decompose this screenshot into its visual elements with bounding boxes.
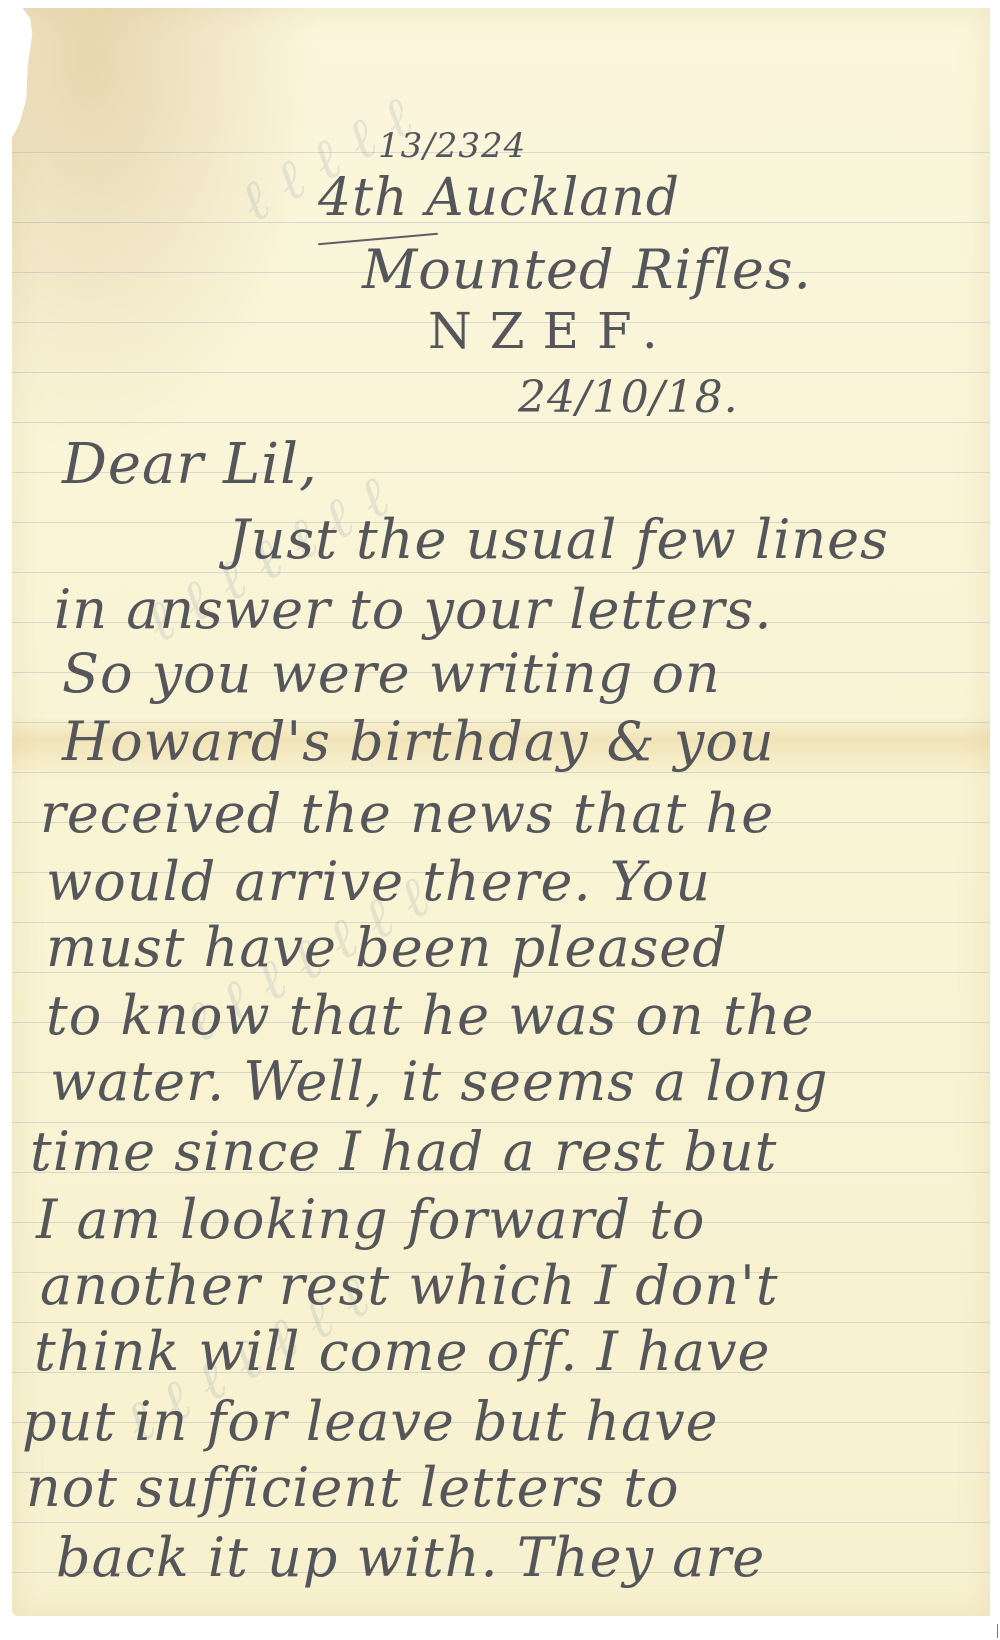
letter-date: 24/10/18. bbox=[518, 372, 739, 423]
torn-corner bbox=[12, 8, 38, 138]
ruled-line bbox=[12, 1522, 990, 1523]
body-line: back it up with. They are bbox=[56, 1526, 765, 1589]
body-line: another rest which I don't bbox=[40, 1254, 779, 1317]
scan-edge-mark bbox=[997, 1624, 998, 1638]
reference-number: 13/2324 bbox=[378, 126, 526, 166]
body-line: not sufficient letters to bbox=[26, 1456, 680, 1519]
body-line: received the news that he bbox=[40, 782, 774, 845]
body-line: to know that he was on the bbox=[46, 984, 814, 1047]
body-line: put in for leave but have bbox=[22, 1390, 719, 1453]
body-line: would arrive there. You bbox=[46, 850, 711, 913]
body-line: must have been pleased bbox=[46, 916, 728, 979]
letterhead-unit-line3: NZEF. bbox=[428, 302, 676, 360]
body-line: time since I had a rest but bbox=[30, 1120, 777, 1183]
body-line: So you were writing on bbox=[62, 642, 721, 705]
body-line: I am looking forward to bbox=[36, 1188, 705, 1251]
body-line: Just the usual few lines bbox=[228, 508, 889, 571]
body-line: Howard's birthday & you bbox=[62, 710, 775, 773]
letterhead-unit-line1: 4th Auckland bbox=[318, 168, 680, 228]
ruled-line bbox=[12, 422, 990, 423]
letterhead-unit-line2: Mounted Rifles. bbox=[362, 238, 812, 301]
body-line: in answer to your letters. bbox=[54, 578, 772, 641]
body-line: think will come off. I have bbox=[34, 1320, 771, 1383]
ruled-line bbox=[12, 572, 990, 573]
ruled-line bbox=[12, 372, 990, 373]
body-line: water. Well, it seems a long bbox=[50, 1050, 829, 1113]
salutation: Dear Lil, bbox=[62, 432, 318, 497]
